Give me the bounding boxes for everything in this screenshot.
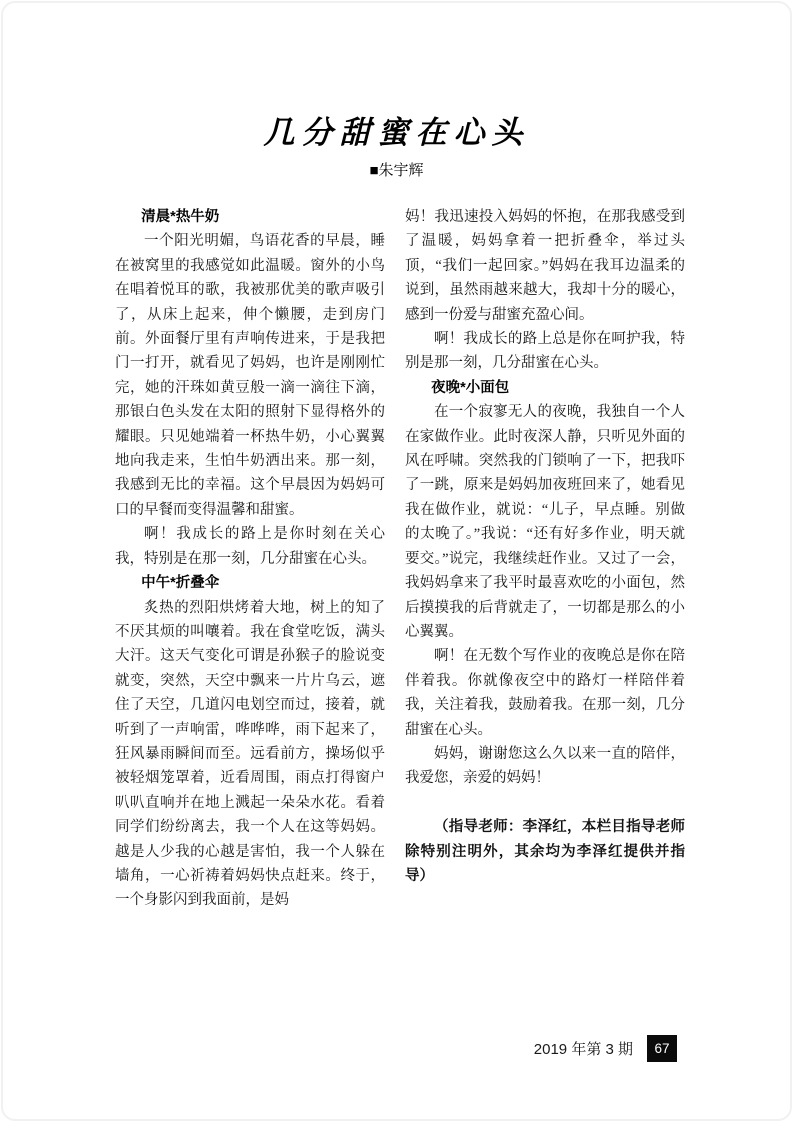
article-body: 清晨*热牛奶一个阳光明媚，鸟语花香的早晨，睡在被窝里的我感觉如此温暖。窗外的小鸟… [115,205,685,913]
paragraph: 啊！我成长的路上总是你在呵护我，特别是那一刻，几分甜蜜在心头。 [405,327,685,376]
paragraph: 炙热的烈阳烘烤着大地，树上的知了不厌其烦的叫嚷着。我在食堂吃饭，满头大汗。这天气… [115,596,385,913]
editor-note: （指导老师：李泽红，本栏目指导老师除特别注明外，其余均为李泽红提供并指导） [405,815,685,888]
paragraph: 在一个寂寥无人的夜晚，我独自一个人在家做作业。此时夜深人静，只听见外面的风在呼啸… [405,400,685,644]
author-marker-icon: ■ [369,162,378,179]
column-right: 妈！我迅速投入妈妈的怀抱，在那我感受到了温暖，妈妈拿着一把折叠伞，举过头顶，“我… [405,205,685,913]
paragraph: 妈妈，谢谢您这么久以来一直的陪伴，我爱您，亲爱的妈妈！ [405,742,685,791]
paragraph: 一个阳光明媚，鸟语花香的早晨，睡在被窝里的我感觉如此温暖。窗外的小鸟在唱着悦耳的… [115,229,385,522]
magazine-page: 几分甜蜜在心头 ■朱宇辉 清晨*热牛奶一个阳光明媚，鸟语花香的早晨，睡在被窝里的… [0,0,793,1122]
author-line: ■朱宇辉 [0,160,793,182]
paragraph: 啊！在无数个写作业的夜晚总是你在陪伴着我。你就像夜空中的路灯一样陪伴着我，关注着… [405,644,685,742]
page-number-badge: 67 [647,1035,677,1062]
issue-label: 2019 年第 3 期 [534,1038,633,1059]
page-title: 几分甜蜜在心头 [0,112,793,154]
section-heading: 中午*折叠伞 [115,571,385,595]
paragraph-continuation: 妈！我迅速投入妈妈的怀抱，在那我感受到了温暖，妈妈拿着一把折叠伞，举过头顶，“我… [405,205,685,327]
page-footer: 2019 年第 3 期 67 [115,1035,677,1062]
section-heading: 夜晚*小面包 [405,376,685,400]
column-left: 清晨*热牛奶一个阳光明媚，鸟语花香的早晨，睡在被窝里的我感觉如此温暖。窗外的小鸟… [115,205,385,913]
author-name: 朱宇辉 [379,162,424,179]
paragraph: 啊！我成长的路上是你时刻在关心我，特别是在那一刻，几分甜蜜在心头。 [115,522,385,571]
section-heading: 清晨*热牛奶 [115,205,385,229]
